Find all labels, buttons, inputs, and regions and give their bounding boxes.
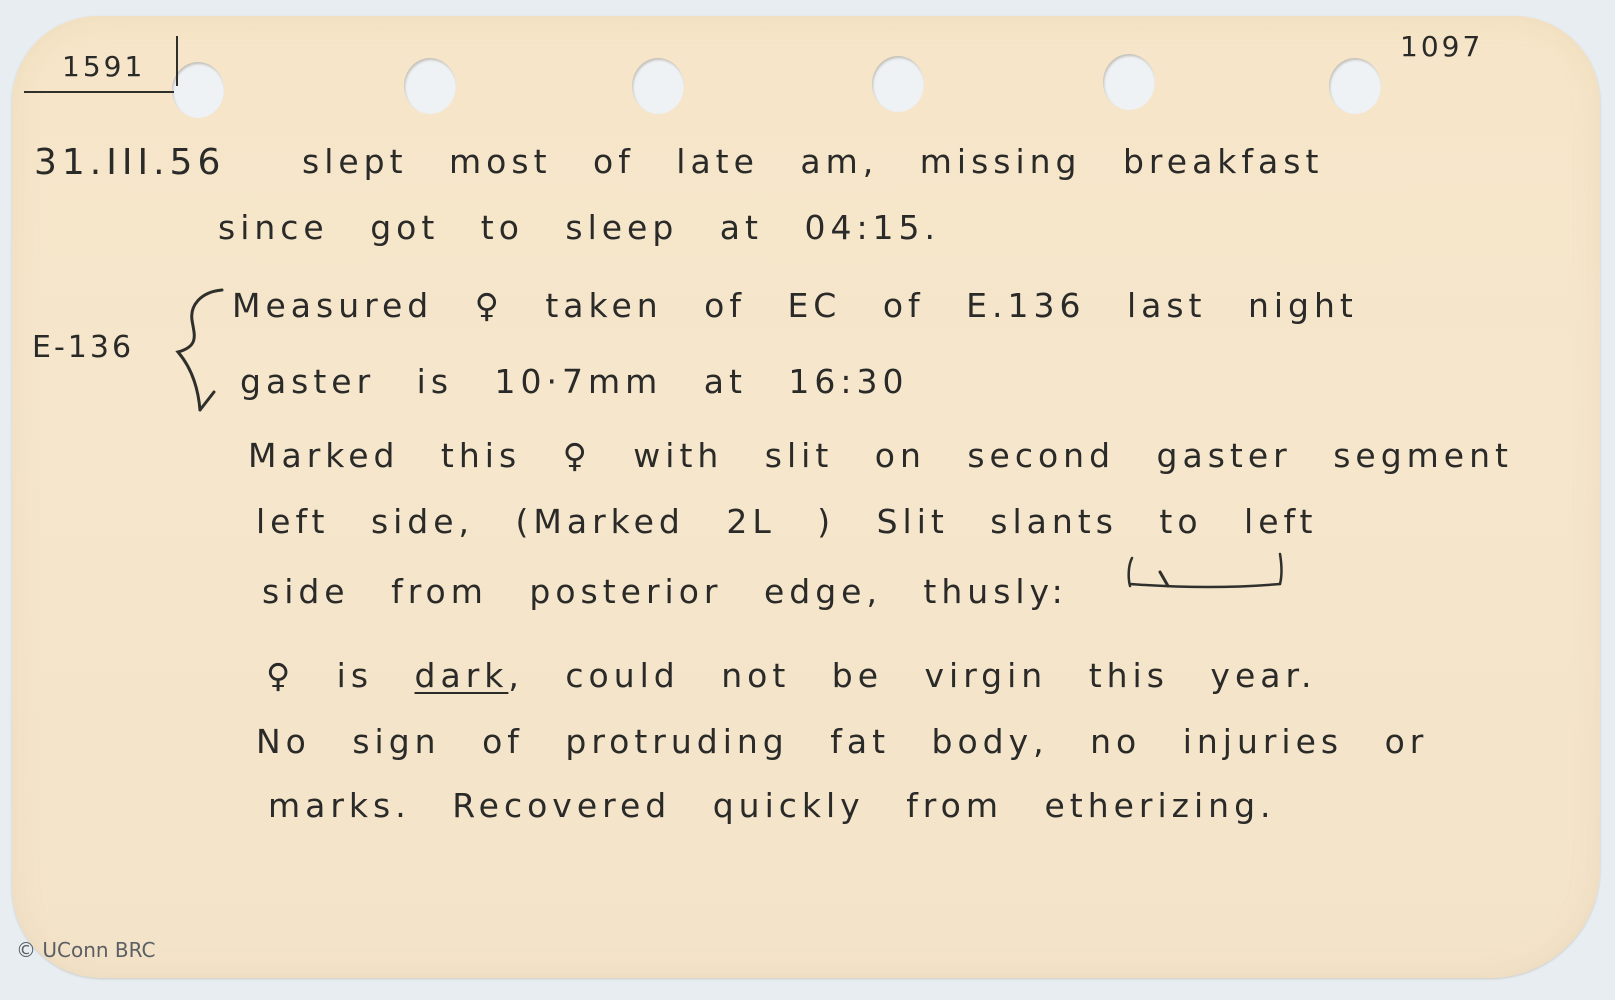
measurement-line: Measured ♀ taken of EC of E.136 last nig…: [232, 286, 1358, 325]
catalog-rule-vertical: [176, 36, 178, 86]
punch-hole: [1103, 54, 1155, 110]
punch-hole: [632, 58, 684, 114]
scan-background: 1591 1097 31.III.56 slept most of late a…: [0, 0, 1615, 1000]
closing-line: marks. Recovered quickly from etherizing…: [268, 786, 1276, 825]
punch-hole: [404, 58, 456, 114]
page-number: 1097: [1400, 30, 1483, 63]
measurement-line: gaster is 10·7mm at 16:30: [240, 362, 909, 401]
observation-emphasis: dark: [415, 656, 509, 695]
entry-line: slept most of late am, missing breakfast: [302, 142, 1323, 181]
punch-hole: [172, 62, 224, 118]
observation-prefix: ♀ is: [266, 656, 373, 695]
marking-note: side from posterior edge, thusly:: [262, 572, 1068, 611]
catalog-number: 1591: [62, 50, 145, 83]
marking-note: left side, (Marked 2L ) Slit slants to l…: [256, 502, 1317, 541]
index-card: 1591 1097 31.III.56 slept most of late a…: [12, 16, 1600, 978]
marking-note: Marked this ♀ with slit on second gaster…: [248, 436, 1513, 475]
observation-line: ♀ is dark, could not be virgin this year…: [266, 656, 1317, 695]
observation-suffix: , could not be virgin this year.: [508, 656, 1316, 695]
entry-date: 31.III.56: [34, 142, 225, 183]
entry-line: since got to sleep at 04:15.: [218, 208, 940, 247]
punch-hole: [1329, 58, 1381, 114]
copyright-notice: © UConn BRC: [16, 938, 156, 962]
slit-diagram-sketch: [1124, 552, 1294, 602]
catalog-rule-horizontal: [24, 91, 174, 93]
closing-line: No sign of protruding fat body, no injur…: [256, 722, 1428, 761]
punch-hole: [872, 56, 924, 112]
brace-icon: [170, 286, 230, 416]
specimen-label: E-136: [32, 330, 134, 365]
